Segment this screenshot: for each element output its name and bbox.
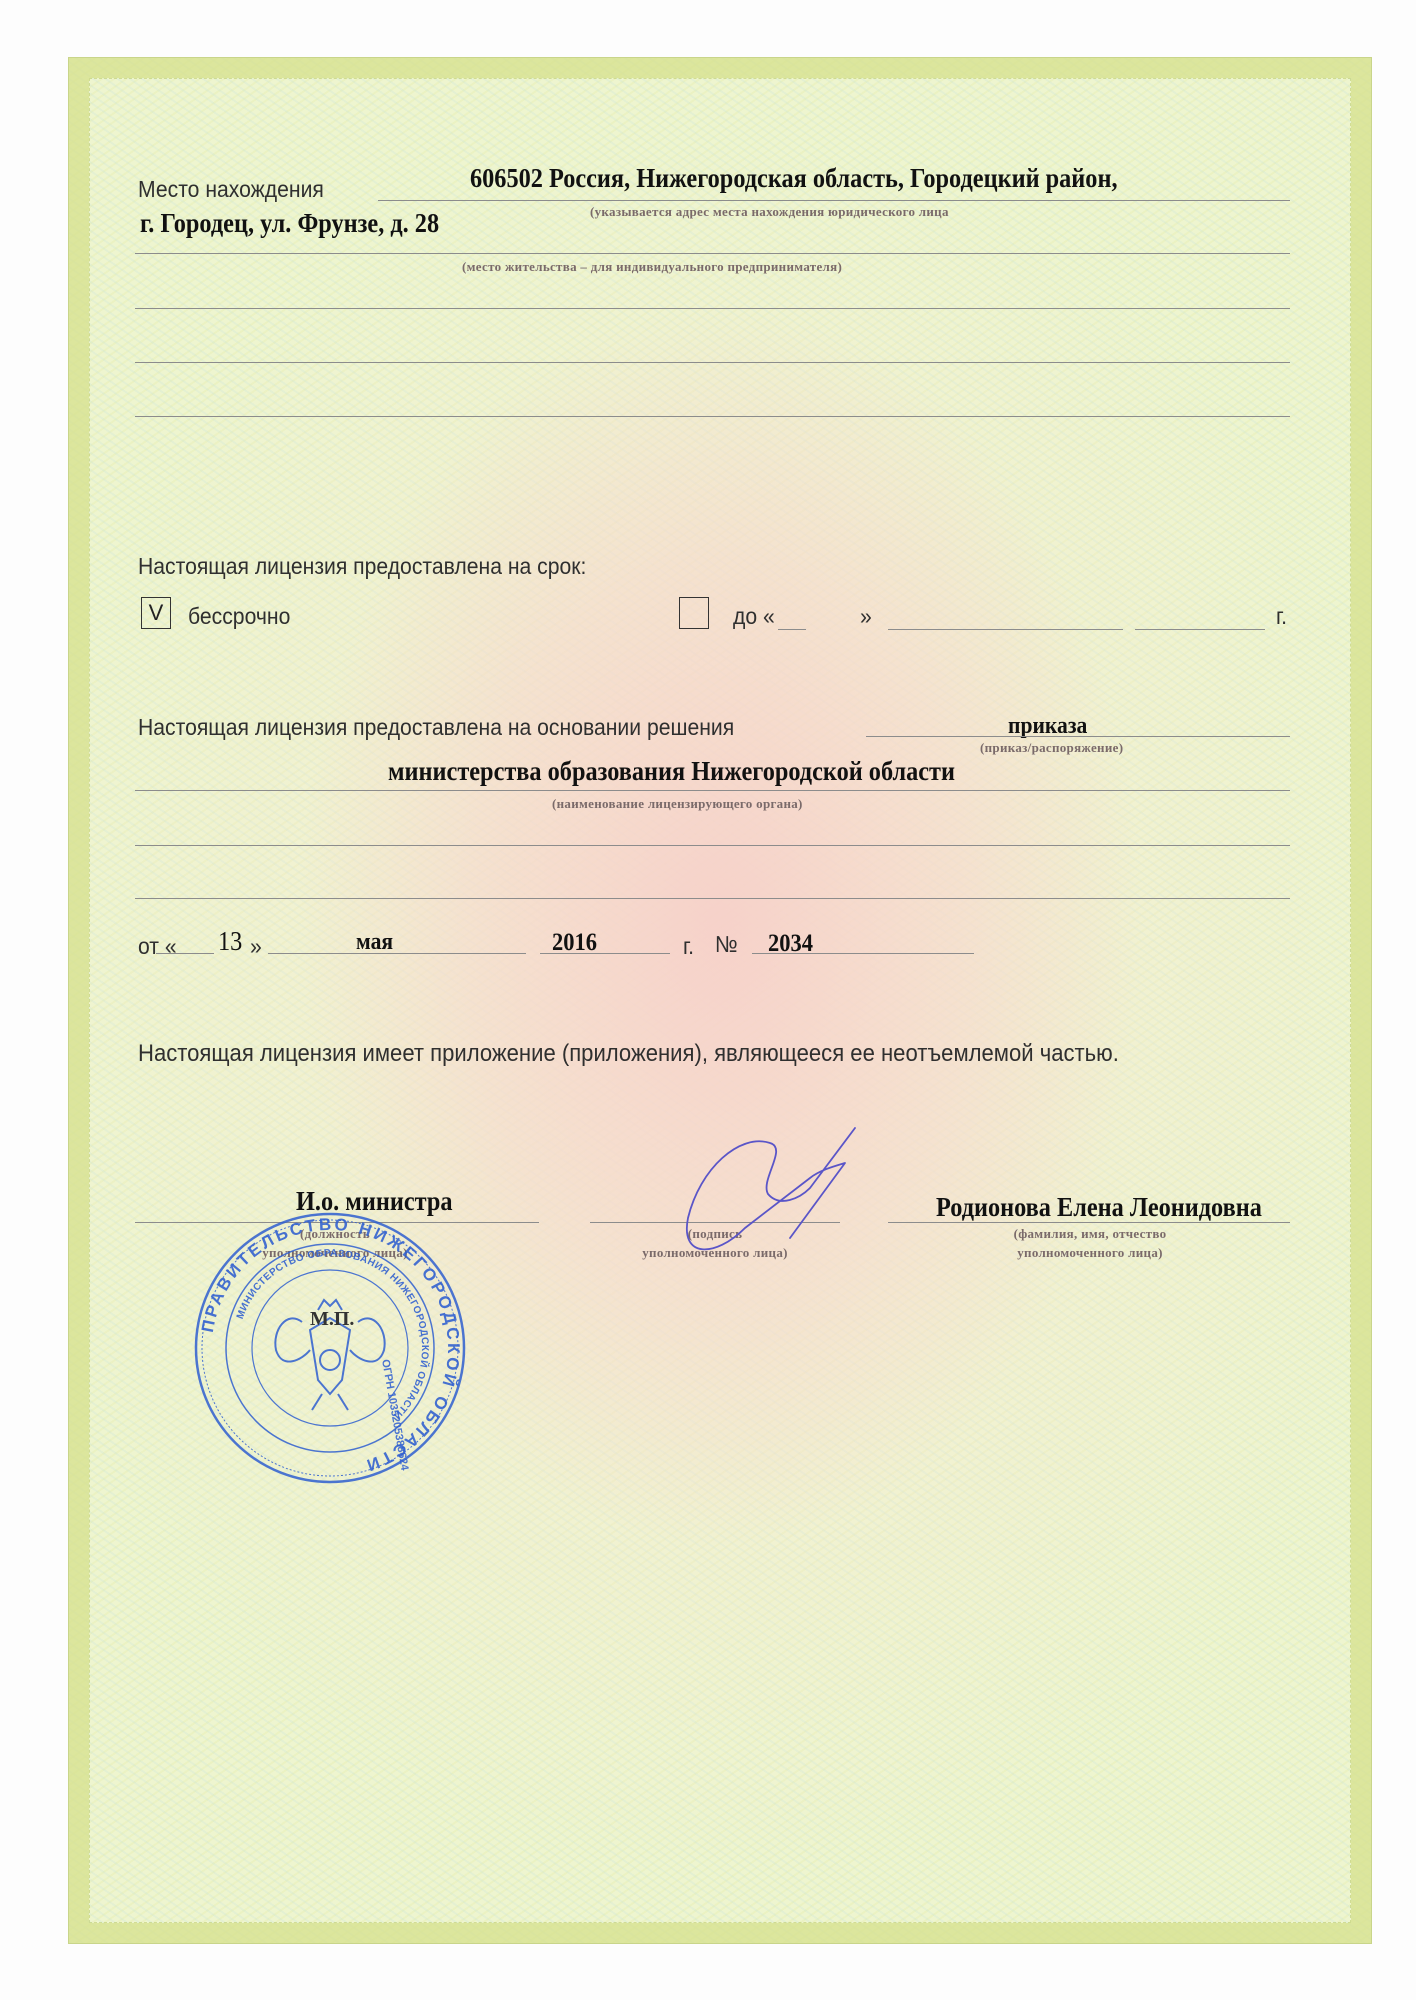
number-sign: № — [715, 931, 738, 958]
blank-rule-1 — [135, 308, 1290, 309]
address-label: Место нахождения — [138, 176, 324, 203]
decision-caption: (приказ/распоряжение) — [980, 738, 1123, 757]
guilloche-border — [69, 58, 1371, 1943]
until-label-prefix: до « — [733, 603, 775, 630]
blank-rule-4 — [135, 845, 1290, 846]
date-year-rule — [540, 953, 670, 954]
date-day-suffix: » — [250, 933, 262, 960]
name-caption-line-1: (фамилия, имя, отчество — [970, 1224, 1210, 1243]
date-year-suffix: г. — [683, 933, 694, 960]
date-day-rule — [156, 953, 214, 954]
until-checkbox[interactable] — [679, 597, 709, 629]
signatory-name: Родионова Елена Леонидовна — [936, 1192, 1262, 1223]
handwritten-signature — [660, 1108, 870, 1268]
authority-rule — [135, 790, 1290, 791]
address-line-1: 606502 Россия, Нижегородская область, Го… — [470, 163, 1118, 194]
address-caption-individual: (место жительства – для индивидуального … — [462, 257, 842, 276]
stamp-inner-text: МИНИСТЕРСТВО ОБРАЗОВАНИЯ НИЖЕГОРОДСКОЙ О… — [235, 1248, 431, 1421]
address-rule-2 — [135, 253, 1290, 254]
address-line-2: г. Городец, ул. Фрунзе, д. 28 — [140, 208, 439, 239]
address-rule-1 — [378, 200, 1290, 201]
official-stamp: ПРАВИТЕЛЬСТВО НИЖЕГОРОДСКОЙ ОБЛАСТИ МИНИ… — [192, 1210, 468, 1486]
date-month-rule — [268, 953, 526, 954]
appendix-note: Настоящая лицензия имеет приложение (при… — [138, 1040, 1119, 1068]
license-sheet — [68, 57, 1372, 1944]
term-heading: Настоящая лицензия предоставлена на срок… — [138, 553, 586, 580]
authority-caption: (наименование лицензирующего органа) — [552, 794, 803, 813]
until-month-rule — [888, 629, 1123, 630]
date-day: 13 — [218, 926, 242, 957]
blank-rule-5 — [135, 898, 1290, 899]
name-caption-line-2: уполномоченного лица) — [970, 1243, 1210, 1262]
until-year-suffix: г. — [1276, 603, 1287, 630]
blank-rule-3 — [135, 416, 1290, 417]
blank-rule-2 — [135, 362, 1290, 363]
stamp-place-label: М.П. — [310, 1308, 354, 1331]
decision-rule — [866, 736, 1290, 737]
until-year-rule — [1135, 629, 1265, 630]
authority-name: министерства образования Нижегородской о… — [388, 756, 955, 787]
number-rule — [752, 953, 974, 954]
until-label-suffix: » — [860, 603, 872, 630]
basis-heading: Настоящая лицензия предоставлена на осно… — [138, 714, 734, 741]
unlimited-checkbox[interactable]: V — [141, 597, 171, 629]
date-prefix: от « — [138, 933, 177, 960]
guilloche-inner-border — [89, 78, 1351, 1923]
address-caption-legal: (указывается адрес места нахождения юрид… — [590, 202, 949, 221]
name-rule — [888, 1222, 1290, 1223]
name-caption: (фамилия, имя, отчество уполномоченного … — [970, 1224, 1210, 1262]
svg-text:МИНИСТЕРСТВО ОБРАЗОВАНИЯ НИЖЕГ: МИНИСТЕРСТВО ОБРАЗОВАНИЯ НИЖЕГОРОДСКОЙ О… — [235, 1248, 431, 1421]
until-day-rule — [778, 629, 806, 630]
unlimited-label: бессрочно — [188, 603, 290, 630]
date-month: мая — [356, 929, 393, 956]
